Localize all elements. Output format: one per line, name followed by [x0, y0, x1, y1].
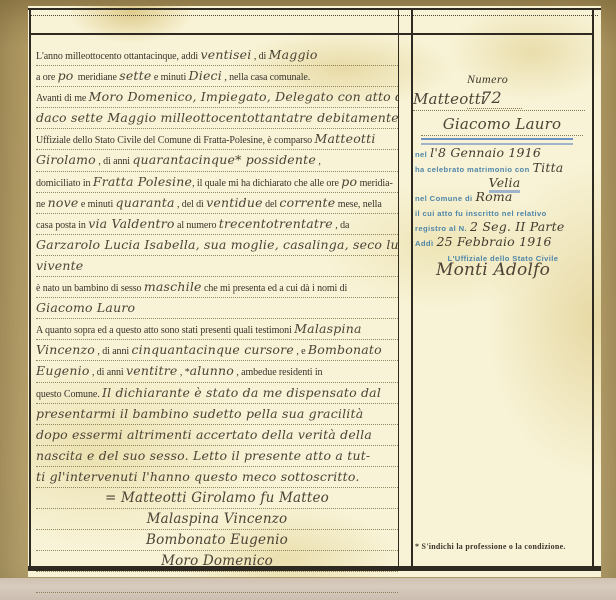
handwritten-entry: sette	[119, 68, 151, 83]
printed-form-text: , del dì	[175, 199, 207, 210]
form-line: Vincenzo , di anni cinquantacinque curso…	[36, 340, 398, 361]
stamp-handwritten-value: l'8 Gennaio 1916	[430, 145, 541, 160]
form-line: questo Comune. Il dichiarante è stato da…	[36, 383, 398, 404]
printed-form-text: domiciliato in	[36, 178, 93, 189]
handwritten-entry: Vincenzo	[36, 342, 95, 357]
handwritten-entry: Dieci	[189, 68, 222, 83]
printed-form-text: , nella casa comunale.	[222, 72, 310, 83]
handwritten-entry: quarantacinque* possidente	[132, 152, 316, 167]
printed-form-text: casa posta in	[36, 220, 88, 231]
signature-line: Moro Domenico	[36, 551, 398, 572]
border-top-dotted	[31, 15, 598, 16]
document-scan: L'anno milleottocento ottantacinque, add…	[0, 0, 616, 600]
handwritten-entry: vivente	[36, 258, 83, 273]
form-line: Avanti di me Moro Domenico, Impiegato, D…	[36, 87, 398, 108]
printed-form-text: ne	[36, 199, 48, 210]
stamp-row: il cui atto fu inscritto nel relativo	[415, 205, 591, 220]
printed-form-text: meridiane	[78, 72, 119, 83]
blue-pencil-underline	[421, 138, 573, 145]
registrant-surname: Matteotti	[413, 90, 585, 111]
stamp-row: nell'8 Gennaio 1916	[415, 146, 591, 161]
blank-ruled-line	[36, 572, 398, 593]
signature-line: Bombonato Eugenio	[36, 530, 398, 551]
printed-form-text: e minuti	[151, 72, 188, 83]
handwritten-entry: dopo essermi altrimenti accertato della …	[36, 427, 372, 442]
birth-act-body: L'anno milleottocento ottantacinque, add…	[36, 45, 398, 593]
border-left	[29, 8, 31, 568]
form-line: Garzarolo Lucia Isabella, sua moglie, ca…	[36, 235, 398, 256]
handwritten-entry: Moro Domenico, Impiegato, Delegato con a…	[89, 89, 398, 104]
printed-form-text: questo Comune.	[36, 389, 102, 400]
printed-form-text: , *	[178, 367, 190, 378]
form-line: a ore po meridiane sette e minuti Dieci …	[36, 66, 398, 87]
handwritten-entry: Girolamo	[36, 152, 96, 167]
handwritten-entry: Maggio	[269, 47, 318, 62]
form-line: Girolamo , di anni quarantacinque* possi…	[36, 150, 398, 171]
form-line: nascita e del suo sesso. Letto il presen…	[36, 446, 398, 467]
printed-form-text: al numero	[175, 220, 219, 231]
form-line: L'anno milleottocento ottantacinque, add…	[36, 45, 398, 66]
form-line: daco sette Maggio milleottocentottantatr…	[36, 108, 398, 129]
handwritten-entry: Eugenio	[36, 363, 90, 378]
handwritten-entry: Bombonato	[308, 342, 382, 357]
printed-form-text: , il quale mi ha dichiarato che alle ore	[192, 178, 341, 189]
handwritten-entry: Il dichiarante è stato da me dispensato …	[102, 385, 381, 400]
printed-form-text: che mi presenta ed a cui dà i nomi di	[202, 283, 348, 294]
stamp-handwritten-value: 2 Seg. II Parte	[470, 219, 564, 234]
form-line: casa posta in via Valdentro al numero tr…	[36, 214, 398, 235]
handwritten-entry: trecentotrentatre	[219, 216, 333, 231]
border-top-outer	[28, 8, 601, 10]
printed-form-text: e minuti	[78, 199, 115, 210]
handwritten-entry: Matteotti	[315, 131, 376, 146]
printed-form-text: A quanto sopra ed a questo atto sono sta…	[36, 325, 294, 336]
handwritten-entry: maschile	[144, 279, 202, 294]
handwritten-entry: Moro Domenico	[161, 553, 273, 569]
handwritten-entry: = Matteotti Girolamo fu Matteo	[105, 490, 329, 506]
handwritten-entry: po	[58, 68, 78, 83]
printed-form-text: , e	[294, 346, 308, 357]
stamp-handwritten-value: 25 Febbraio 1916	[436, 234, 551, 249]
stamp-handwritten-value: Velia	[489, 175, 521, 190]
printed-form-text: ,	[316, 156, 321, 167]
numero-label: Numero	[467, 72, 508, 86]
handwritten-entry: Fratta Polesine	[93, 174, 192, 189]
printed-form-text: , di	[251, 51, 268, 62]
stamp-row: Velia	[415, 176, 591, 190]
printed-form-text: a ore	[36, 72, 58, 83]
signature-line: = Matteotti Girolamo fu Matteo	[36, 488, 398, 509]
handwritten-entry: ti gl'intervenuti l'hanno questo meco so…	[36, 469, 360, 484]
stamp-printed-label: ha celebrato matrimonio con	[415, 165, 530, 174]
form-line: presentarmi il bambino sudetto pella sua…	[36, 404, 398, 425]
form-line: Giacomo Lauro	[36, 298, 398, 319]
printed-form-text: L'anno milleottocento ottantacinque, add…	[36, 51, 201, 62]
stamp-row: nel Comune diRoma	[415, 190, 591, 205]
stamp-handwritten-value: Roma	[476, 189, 513, 204]
stamp-printed-label: Addì	[415, 239, 433, 248]
handwritten-entry: presentarmi il bambino sudetto pella sua…	[36, 406, 363, 421]
printed-form-text: meridia-	[357, 178, 392, 189]
handwritten-entry: Malaspina Vincenzo	[147, 511, 288, 527]
handwritten-entry: Giacomo Lauro	[36, 300, 135, 315]
handwritten-entry: nascita e del suo sesso. Letto il presen…	[36, 448, 370, 463]
marriage-annotation-stamp: nell'8 Gennaio 1916ha celebrato matrimon…	[415, 146, 591, 265]
form-line: domiciliato in Fratta Polesine, il quale…	[36, 172, 398, 193]
registrant-given-names: Giacomo Lauro	[421, 115, 583, 136]
stamp-printed-label: il cui atto fu inscritto nel relativo	[415, 209, 547, 218]
column-divider-left	[398, 8, 399, 567]
border-top-inner	[30, 33, 593, 35]
form-line: vivente	[36, 256, 398, 277]
printed-form-text: , ambedue residenti in	[234, 367, 323, 378]
signature-line: Malaspina Vincenzo	[36, 509, 398, 530]
form-line: Eugenio , di anni ventitre , *alunno , a…	[36, 361, 398, 382]
handwritten-entry: Malaspina	[294, 321, 361, 336]
form-line: Uffiziale dello Stato Civile del Comune …	[36, 129, 398, 150]
margin-column: Numero 72 Matteotti Giacomo Lauro nell'8…	[413, 36, 593, 570]
form-line: ne nove e minuti quaranta , del dì venti…	[36, 193, 398, 214]
handwritten-entry: via Valdentro	[88, 216, 174, 231]
form-footnote: * S'indichi la professione o la condizio…	[415, 542, 591, 551]
printed-form-text: , di anni	[95, 346, 131, 357]
handwritten-entry: nove	[48, 195, 79, 210]
handwritten-entry: ventitre	[126, 363, 178, 378]
officer-signature: Monti Adolfo	[413, 260, 573, 280]
stamp-row: Addì25 Febbraio 1916	[415, 235, 591, 250]
handwritten-entry: ventisei	[201, 47, 252, 62]
printed-form-text: è nato un bambino di sesso	[36, 283, 144, 294]
handwritten-entry: po	[341, 174, 357, 189]
handwritten-entry: quaranta	[116, 195, 175, 210]
stamp-row: registro al N.2 Seg. II Parte	[415, 220, 591, 235]
form-line: dopo essermi altrimenti accertato della …	[36, 425, 398, 446]
stamp-printed-label: registro al N.	[415, 224, 467, 233]
handwritten-entry: corrente	[279, 195, 335, 210]
form-line: A quanto sopra ed a questo atto sono sta…	[36, 319, 398, 340]
printed-form-text: , di anni	[90, 367, 126, 378]
handwritten-entry: cinquantacinque cursore	[131, 342, 294, 357]
handwritten-entry: daco sette Maggio milleottocentottantatr…	[36, 110, 398, 125]
printed-form-text: Avanti di me	[36, 93, 89, 104]
handwritten-entry: Garzarolo Lucia Isabella, sua moglie, ca…	[36, 237, 398, 252]
form-line: è nato un bambino di sesso maschile che …	[36, 277, 398, 298]
stamp-handwritten-value: Titta	[533, 160, 564, 175]
handwritten-entry: Bombonato Eugenio	[146, 532, 288, 548]
stamp-row: ha celebrato matrimonio conTitta	[415, 161, 591, 176]
printed-form-text: mese, nella	[335, 199, 381, 210]
stamp-printed-label: nel	[415, 150, 427, 159]
stamp-printed-label: nel Comune di	[415, 194, 473, 203]
printed-form-text: , di anni	[96, 156, 132, 167]
handwritten-entry: alunno	[190, 363, 234, 378]
form-line: ti gl'intervenuti l'hanno questo meco so…	[36, 467, 398, 488]
printed-form-text: del	[263, 199, 280, 210]
handwritten-entry: ventidue	[206, 195, 263, 210]
printed-form-text: , da	[333, 220, 349, 231]
printed-form-text: Uffiziale dello Stato Civile del Comune …	[36, 135, 315, 146]
